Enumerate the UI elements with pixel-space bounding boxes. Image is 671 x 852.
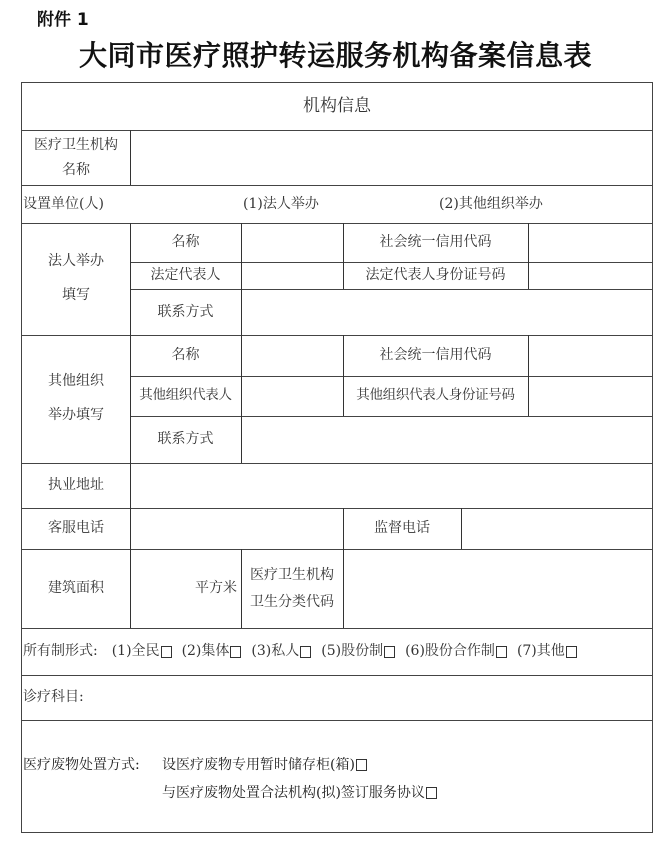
checkbox-icon[interactable] (496, 646, 507, 658)
other-name-label: 名称 (130, 335, 241, 376)
institution-name-label: 医疗卫生机构 名称 (22, 130, 130, 185)
departments-row[interactable]: 诊疗科目: (22, 675, 652, 720)
practice-address-label: 执业地址 (22, 463, 130, 508)
option-other-org[interactable]: (2)其他组织举办 (439, 191, 543, 218)
checkbox-icon[interactable] (566, 646, 577, 658)
supervision-phone-label: 监督电话 (343, 508, 461, 549)
legal-contact-label: 联系方式 (130, 289, 241, 335)
checkbox-icon[interactable] (300, 646, 311, 658)
ownership-option-public[interactable]: (1)全民 (112, 638, 174, 665)
ownership-option-joint-stock[interactable]: (5)股份制 (321, 638, 397, 665)
legal-representative-field[interactable] (242, 263, 342, 288)
other-representative-field[interactable] (242, 377, 342, 415)
legal-credit-code-field[interactable] (529, 224, 651, 261)
classification-code-label: 医疗卫生机构 卫生分类代码 (241, 549, 343, 628)
section-header: 机构信息 (22, 83, 652, 130)
checkbox-icon[interactable] (426, 787, 437, 799)
legal-contact-field[interactable] (242, 290, 651, 334)
waste-option-storage-cabinet[interactable]: 设医疗废物专用暂时储存柜(箱) (162, 755, 369, 776)
legal-representative-id-field[interactable] (529, 263, 651, 288)
other-representative-id-label: 其他组织代表人身份证号码 (343, 376, 528, 416)
registration-form-table: 机构信息 医疗卫生机构 名称 设置单位(人) (1)法人举办 (2)其他组织举办… (21, 82, 653, 833)
page-title: 大同市医疗照护转运服务机构备案信息表 (0, 34, 671, 74)
other-credit-code-label: 社会统一信用代码 (343, 335, 528, 376)
supervision-phone-field[interactable] (462, 509, 651, 548)
checkbox-icon[interactable] (161, 646, 172, 658)
building-area-unit: 平方米 (130, 549, 241, 628)
building-area-label: 建筑面积 (22, 549, 130, 628)
departments-label: 诊疗科目: (23, 684, 84, 711)
waste-disposal-section: 医疗废物处置方式: 设医疗废物专用暂时储存柜(箱) 与医疗废物处置合法机构(拟)… (23, 751, 651, 807)
ownership-option-collective[interactable]: (2)集体 (182, 638, 244, 665)
waste-option-service-agreement[interactable]: 与医疗废物处置合法机构(拟)签订服务协议 (162, 783, 439, 804)
legal-name-field[interactable] (242, 224, 342, 261)
other-representative-id-field[interactable] (529, 377, 651, 415)
checkbox-icon[interactable] (230, 646, 241, 658)
legal-representative-id-label: 法定代表人身份证号码 (343, 262, 528, 289)
legal-credit-code-label: 社会统一信用代码 (343, 223, 528, 262)
establishing-unit-row: 设置单位(人) (1)法人举办 (2)其他组织举办 (22, 185, 652, 223)
other-contact-field[interactable] (242, 417, 651, 462)
attachment-label: 附件 1 (37, 5, 89, 30)
other-name-field[interactable] (242, 336, 342, 375)
legal-person-group-label: 法人举办 填写 (22, 223, 130, 335)
other-credit-code-field[interactable] (529, 336, 651, 375)
checkbox-icon[interactable] (384, 646, 395, 658)
other-contact-label: 联系方式 (130, 416, 241, 463)
ownership-row: 所有制形式: (1)全民 (2)集体 (3)私人 (5)股份制 (6)股份合作制… (22, 628, 652, 675)
legal-name-label: 名称 (130, 223, 241, 262)
institution-name-field[interactable] (131, 131, 651, 184)
ownership-option-other[interactable]: (7)其他 (517, 638, 579, 665)
checkbox-icon[interactable] (356, 759, 367, 771)
service-phone-field[interactable] (131, 509, 342, 548)
waste-disposal-label: 医疗废物处置方式: (23, 755, 162, 776)
practice-address-field[interactable] (131, 464, 651, 507)
service-phone-label: 客服电话 (22, 508, 130, 549)
legal-representative-label: 法定代表人 (130, 262, 241, 289)
ownership-option-stock-cooperative[interactable]: (6)股份合作制 (405, 638, 509, 665)
option-legal-person[interactable]: (1)法人举办 (243, 191, 439, 218)
other-org-group-label: 其他组织 举办填写 (22, 335, 130, 463)
classification-code-field[interactable] (344, 550, 651, 627)
other-representative-label: 其他组织代表人 (130, 376, 241, 416)
establishing-unit-label: 设置单位(人) (23, 191, 243, 218)
ownership-option-private[interactable]: (3)私人 (251, 638, 313, 665)
ownership-label: 所有制形式: (23, 638, 98, 665)
